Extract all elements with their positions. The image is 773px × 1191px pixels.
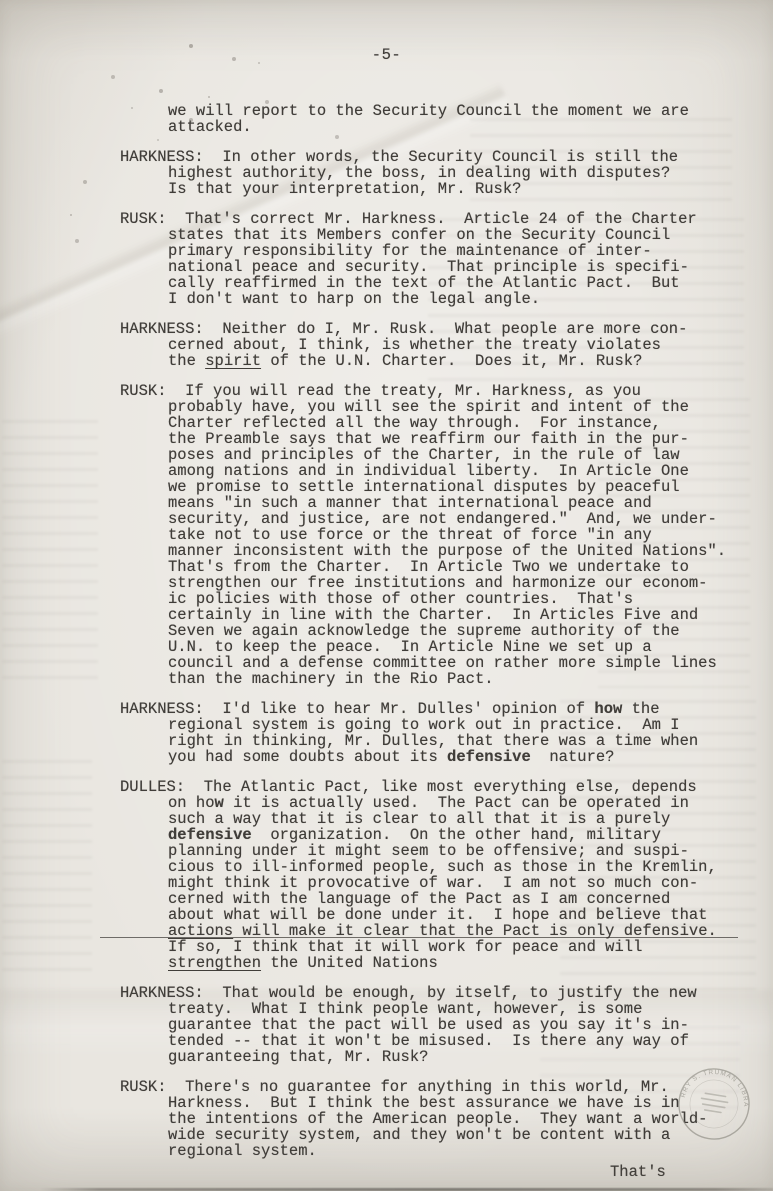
bleedthrough-texture: [2, 420, 98, 680]
typed-line: council and a defense committee on rathe…: [120, 655, 750, 671]
typed-line: among nations and in individual liberty.…: [120, 463, 750, 479]
typed-line: security, and justice, are not endangere…: [120, 511, 750, 527]
typed-line: cious to ill-informed people, such as th…: [120, 859, 750, 875]
typed-line: RUSK: That's correct Mr. Harkness. Artic…: [120, 211, 750, 227]
paragraph-harkness-1: HARKNESS: In other words, the Security C…: [120, 149, 750, 197]
typed-line: means "in such a manner that internation…: [120, 495, 750, 511]
typed-line: RUSK: There's no guarantee for anything …: [120, 1079, 750, 1095]
typed-line: cerned with the language of the Pact as …: [120, 891, 750, 907]
typed-line: states that its Members confer on the Se…: [120, 227, 750, 243]
paragraph-harkness-7: HARKNESS: That would be enough, by itsel…: [120, 985, 750, 1065]
paragraph-harkness-3: HARKNESS: Neither do I, Mr. Rusk. What p…: [120, 321, 750, 369]
typed-line: the spirit of the U.N. Charter. Does it,…: [120, 353, 750, 369]
typed-line: we will report to the Security Council t…: [120, 103, 750, 119]
paragraph-continuation: we will report to the Security Council t…: [120, 103, 750, 135]
bleedthrough-texture: [2, 760, 92, 980]
typed-line: Seven we again acknowledge the supreme a…: [120, 623, 750, 639]
typed-line: defensive organization. On the other han…: [120, 827, 750, 843]
typed-line: you had some doubts about its defensive …: [120, 749, 750, 765]
typed-line: we promise to settle international dispu…: [120, 479, 750, 495]
typed-line: Charter reflected all the way through. F…: [120, 415, 750, 431]
typed-line: poses and principles of the Charter, in …: [120, 447, 750, 463]
pencil-speckles: [0, 0, 2, 2]
typed-line: attacked.: [120, 119, 750, 135]
typed-line: the intentions of the American people. T…: [120, 1111, 750, 1127]
catchword: That's: [610, 1163, 666, 1181]
typed-body: we will report to the Security Council t…: [120, 103, 750, 1173]
typed-line: guaranteeing that, Mr. Rusk?: [120, 1049, 750, 1065]
typed-line: guarantee that the pact will be used as …: [120, 1017, 750, 1033]
typed-line: national peace and security. That princi…: [120, 259, 750, 275]
typed-line: right in thinking, Mr. Dulles, that ther…: [120, 733, 750, 749]
typed-line: cally reaffirmed in the text of the Atla…: [120, 275, 750, 291]
typed-line: might think it provocative of war. I am …: [120, 875, 750, 891]
document-page: -5- we will report to the Security Counc…: [0, 0, 773, 1191]
typed-line: on how it is actually used. The Pact can…: [120, 795, 750, 811]
typed-line: If so, I think that it will work for pea…: [120, 939, 750, 955]
typed-line: HARKNESS: Neither do I, Mr. Rusk. What p…: [120, 321, 750, 337]
typed-line: take not to use force or the threat of f…: [120, 527, 750, 543]
typed-line: the Preamble says that we reaffirm our f…: [120, 431, 750, 447]
typed-line: HARKNESS: In other words, the Security C…: [120, 149, 750, 165]
paragraph-harkness-5: HARKNESS: I'd like to hear Mr. Dulles' o…: [120, 701, 750, 765]
typed-line: cerned about, I think, is whether the tr…: [120, 337, 750, 353]
typed-line: primary responsibility for the maintenan…: [120, 243, 750, 259]
typed-line: Harkness. But I think the best assurance…: [120, 1095, 750, 1111]
typed-line: regional system.: [120, 1143, 750, 1159]
typed-line: RUSK: If you will read the treaty, Mr. H…: [120, 383, 750, 399]
typed-line: regional system is going to work out in …: [120, 717, 750, 733]
typed-line: That's from the Charter. In Article Two …: [120, 559, 750, 575]
typed-line: strengthen the United Nations: [120, 955, 750, 971]
typed-line: wide security system, and they won't be …: [120, 1127, 750, 1143]
typed-line: I don't want to harp on the legal angle.: [120, 291, 750, 307]
typed-line: DULLES: The Atlantic Pact, like most eve…: [120, 779, 750, 795]
typed-line: strengthen our free institutions and har…: [120, 575, 750, 591]
typed-line: such a way that it is clear to all that …: [120, 811, 750, 827]
typed-line: U.N. to keep the peace. In Article Nine …: [120, 639, 750, 655]
typed-line: treaty. What I think people want, howeve…: [120, 1001, 750, 1017]
typed-line: than the machinery in the Rio Pact.: [120, 671, 750, 687]
typed-line: Is that your interpretation, Mr. Rusk?: [120, 181, 750, 197]
paragraph-rusk-4: RUSK: If you will read the treaty, Mr. H…: [120, 383, 750, 687]
typed-line: about what will be done under it. I hope…: [120, 907, 750, 923]
paragraph-rusk-2: RUSK: That's correct Mr. Harkness. Artic…: [120, 211, 750, 307]
typed-line: planning under it might seem to be offen…: [120, 843, 750, 859]
typed-line: highest authority, the boss, in dealing …: [120, 165, 750, 181]
typed-line: ic policies with those of other countrie…: [120, 591, 750, 607]
typed-line: HARKNESS: That would be enough, by itsel…: [120, 985, 750, 1001]
typed-line: HARKNESS: I'd like to hear Mr. Dulles' o…: [120, 701, 750, 717]
typed-line: manner inconsistent with the purpose of …: [120, 543, 750, 559]
typed-line: probably have, you will see the spirit a…: [120, 399, 750, 415]
typed-line: tended -- that it won't be misused. Is t…: [120, 1033, 750, 1049]
page-number: -5-: [0, 46, 773, 64]
paragraph-dulles-6: DULLES: The Atlantic Pact, like most eve…: [120, 779, 750, 971]
paragraph-rusk-8: RUSK: There's no guarantee for anything …: [120, 1079, 750, 1159]
typed-line: certainly in line with the Charter. In A…: [120, 607, 750, 623]
